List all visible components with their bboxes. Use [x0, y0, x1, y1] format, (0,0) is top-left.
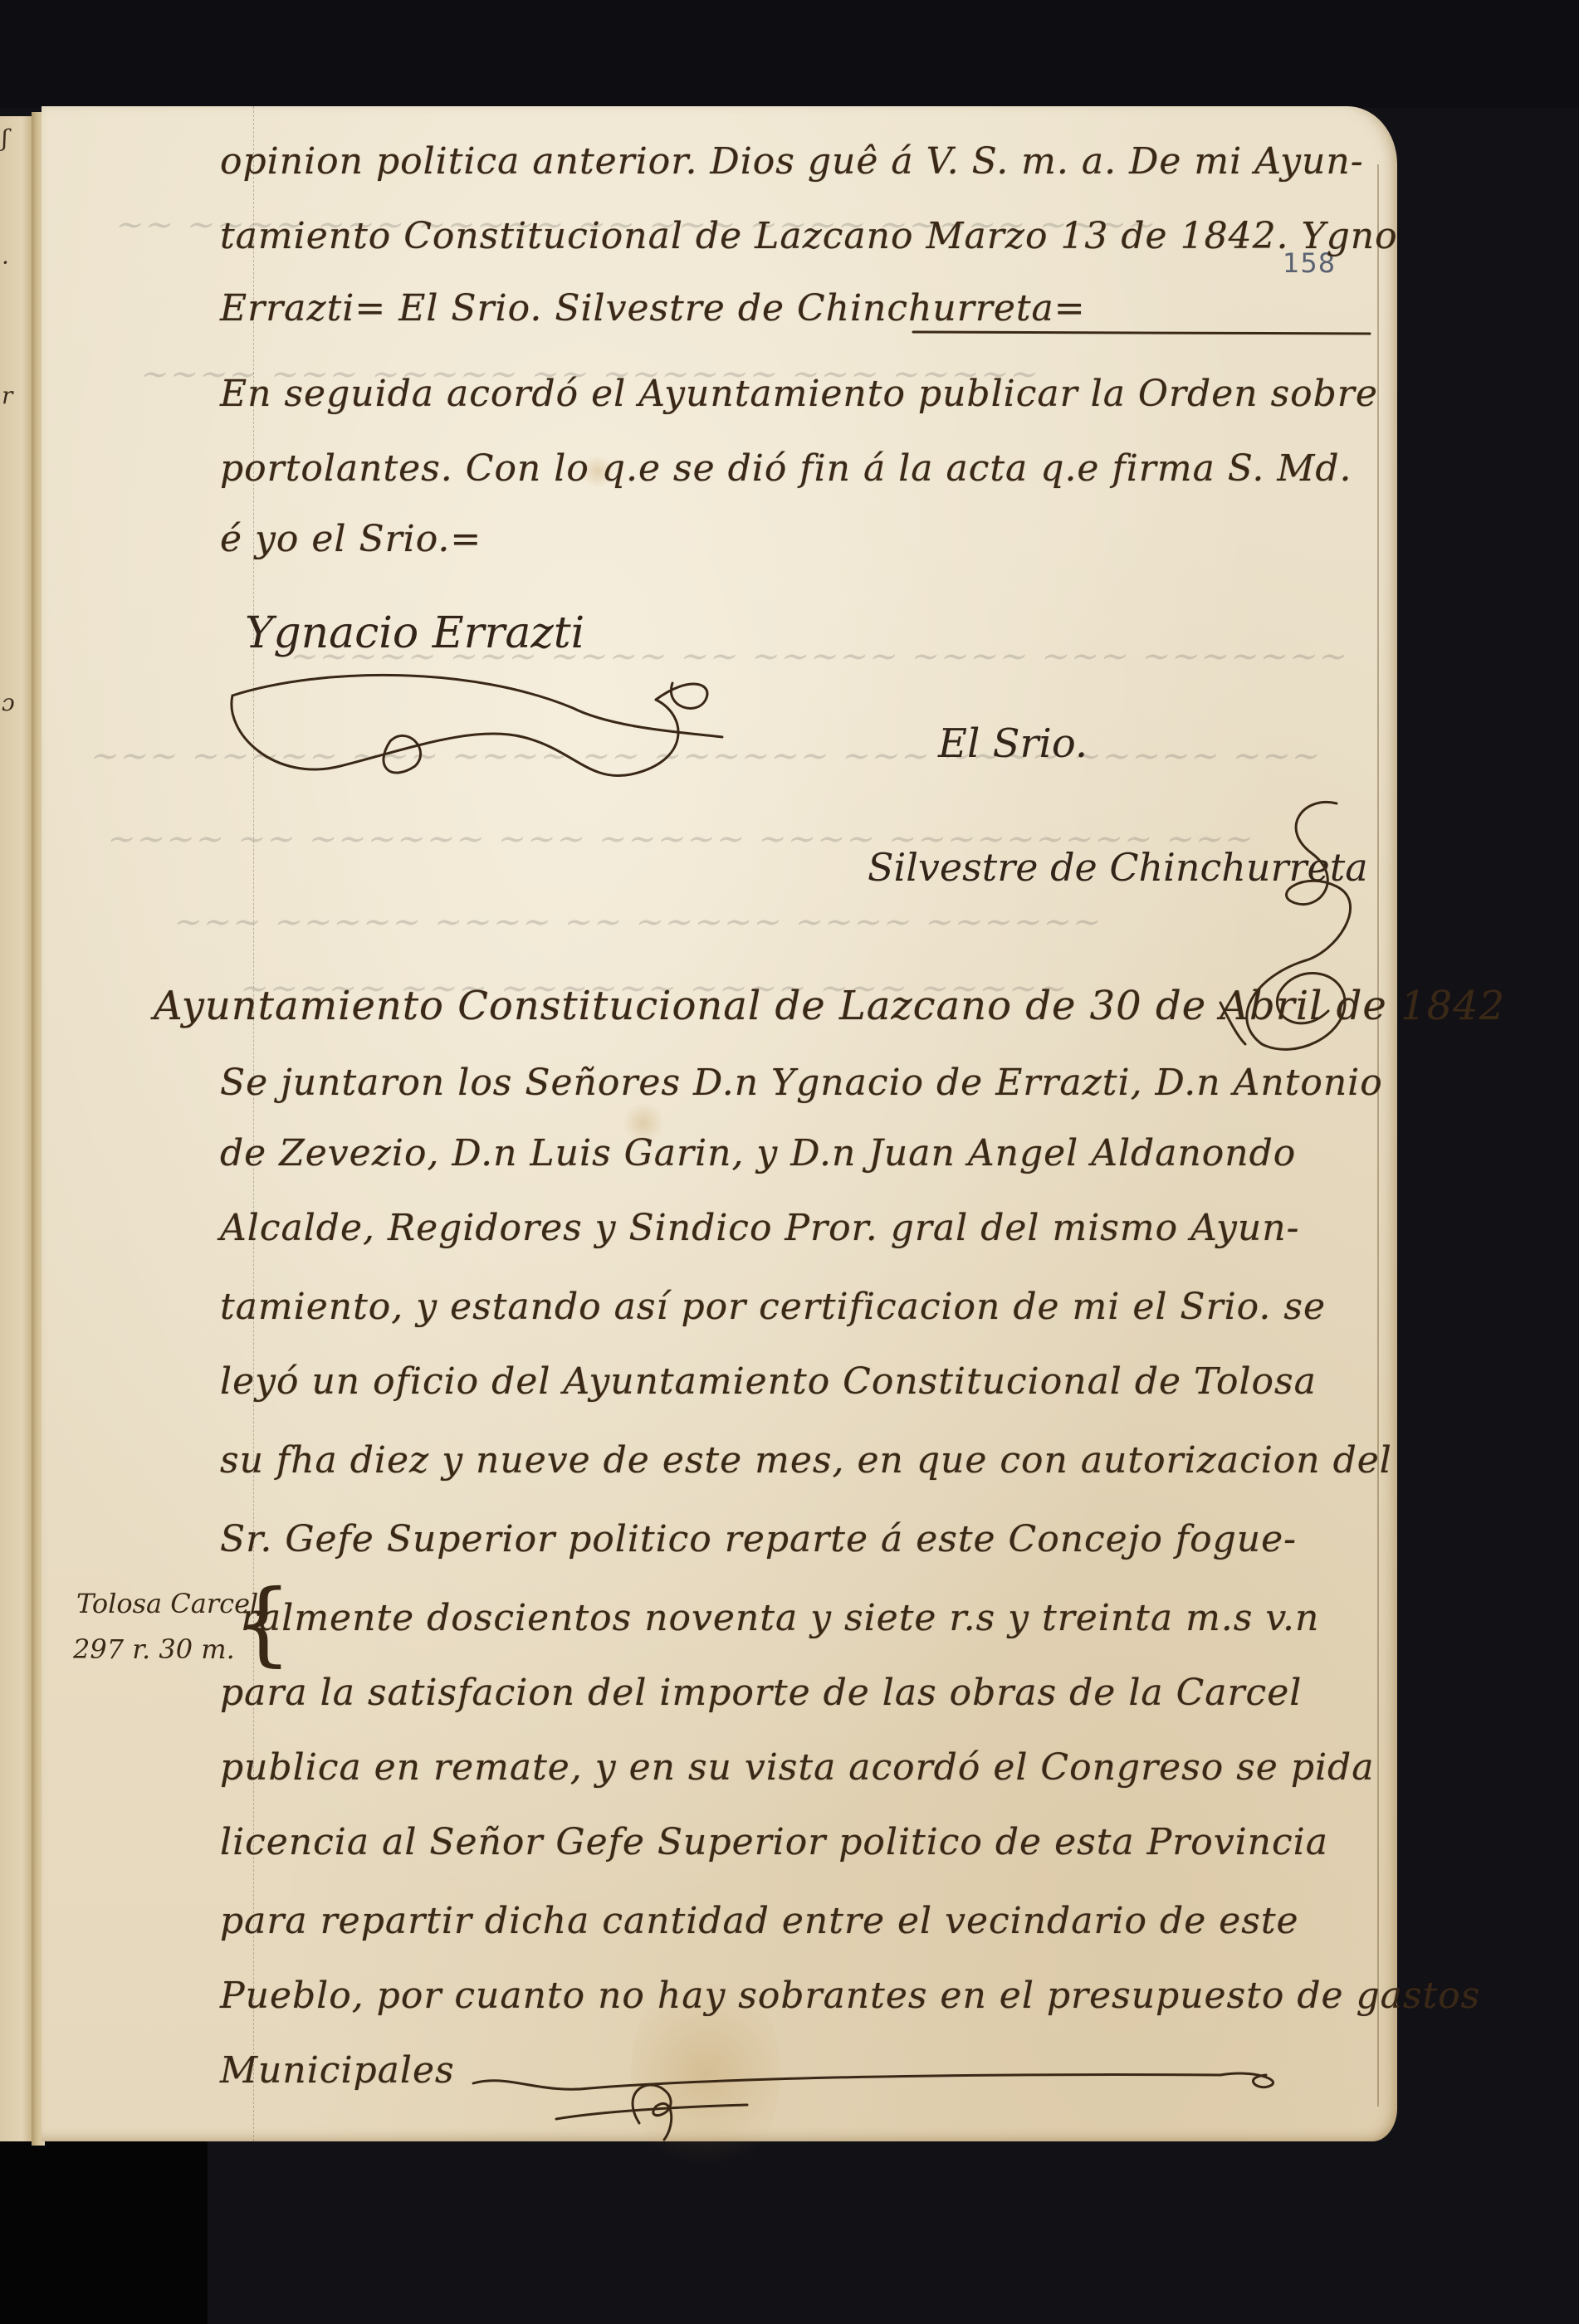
- manuscript-page: ~~ ~~~~ ~~~ ~~~~~ ~~ ~~~ ~~~~ ~~~~~ ~~~~…: [42, 106, 1397, 2141]
- margin-note-line1: Tolosa Carcel: [76, 1588, 258, 1619]
- text-line: para la satisfacion del importe de las o…: [220, 1675, 1302, 1711]
- text-line: tamiento Constitucional de Lazcano Marzo…: [220, 218, 1398, 255]
- text-line: Se juntaron los Señores D.n Ygnacio de E…: [220, 1065, 1383, 1101]
- text-line: opinion politica anterior. Dios guê á V.…: [220, 144, 1364, 180]
- prev-page-fragment: ɔ: [2, 689, 15, 716]
- previous-page-edge: ʃ · r ɔ: [0, 116, 33, 2141]
- entry-heading: Ayuntamiento Constitucional de Lazcano d…: [154, 986, 1505, 1026]
- background-top: [0, 0, 1579, 108]
- line-filler-stroke: [913, 324, 1378, 340]
- signature-rubric: [224, 658, 739, 799]
- text-line: é yo el Srio.=: [220, 521, 482, 558]
- text-line: licencia al Señor Gefe Superior politico…: [220, 1824, 1328, 1861]
- bleed-through-text: ~~~ ~~~~~ ~~~~ ~~ ~~~~~ ~~~~ ~~~~~~: [170, 903, 1107, 941]
- page-edge-rule: [1377, 164, 1379, 2107]
- secretary-title: El Srio.: [938, 720, 1088, 767]
- text-line: tamiento, y estando así por certificacio…: [220, 1289, 1326, 1326]
- prev-page-fragment: r: [2, 382, 12, 409]
- text-line: publica en remate, y en su vista acordó …: [220, 1750, 1374, 1786]
- text-line: de Zevezio, D.n Luis Garin, y D.n Juan A…: [220, 1135, 1296, 1172]
- text-line: En seguida acordó el Ayuntamiento public…: [220, 376, 1378, 413]
- text-line: su fha diez y nueve de este mes, en que …: [220, 1443, 1392, 1479]
- signature-ygnacio-errazti: Ygnacio Errazti: [245, 608, 584, 658]
- background-strip: [0, 2125, 208, 2324]
- text-line: ralmente doscientos noventa y siete r.s …: [241, 1600, 1319, 1637]
- prev-page-fragment: ·: [2, 249, 9, 276]
- text-line: Pueblo, por cuanto no hay sobrantes en e…: [220, 1978, 1480, 2014]
- text-line: Municipales: [220, 2053, 455, 2089]
- closing-flourish: [473, 2065, 1303, 2148]
- text-line: leyó un oficio del Ayuntamiento Constitu…: [220, 1364, 1317, 1400]
- text-line: Sr. Gefe Superior politico reparte á est…: [220, 1521, 1297, 1558]
- prev-page-fragment: ʃ: [2, 124, 8, 152]
- text-line: Errazti= El Srio. Silvestre de Chinchurr…: [220, 290, 1086, 327]
- text-line: portolantes. Con lo q.e se dió fin á la …: [220, 451, 1352, 487]
- text-line: Alcalde, Regidores y Sindico Pror. gral …: [220, 1210, 1299, 1247]
- text-line: para repartir dicha cantidad entre el ve…: [220, 1903, 1299, 1940]
- margin-note-line2: 297 r. 30 m.: [73, 1633, 235, 1665]
